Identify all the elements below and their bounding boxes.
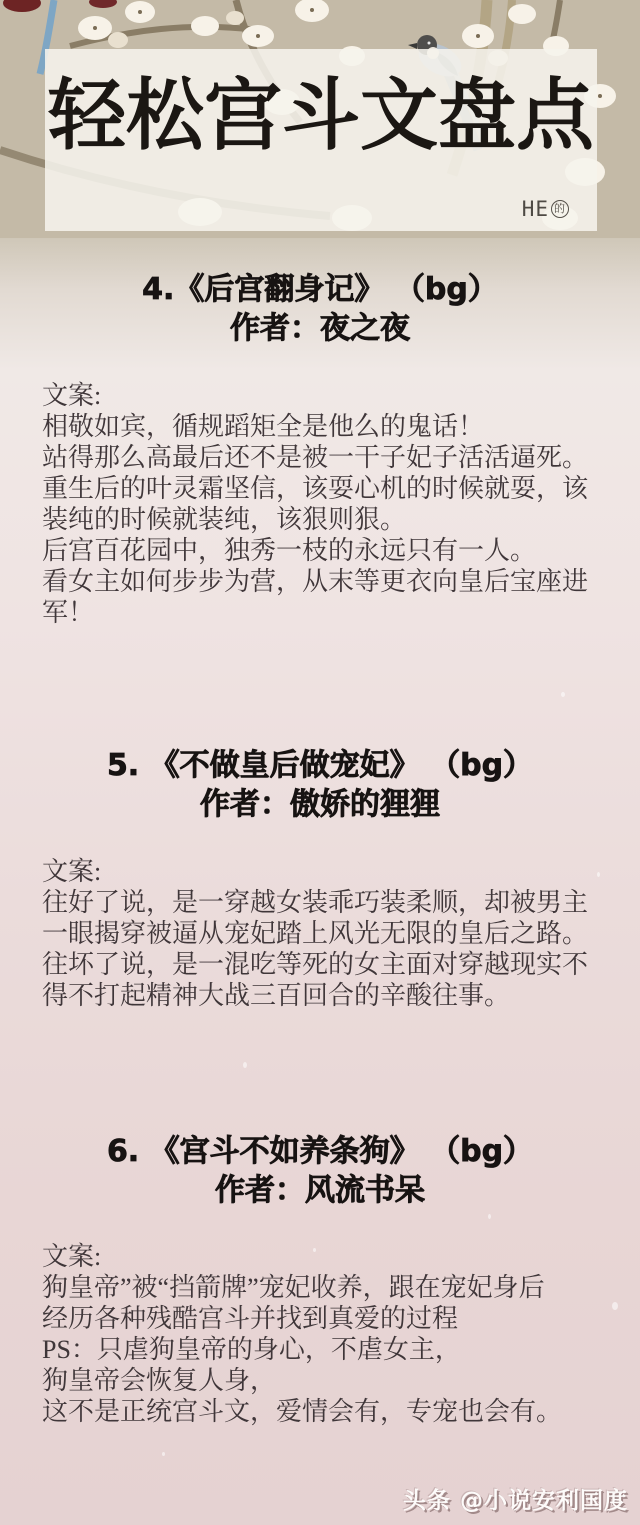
maroon-flower-icon [89, 0, 117, 8]
desc-line: 得不打起精神大战三百回合的辛酸往事。 [42, 980, 604, 1011]
he-tag-label: HE [522, 197, 549, 221]
entry-author: 作者：风流书呆 [0, 1171, 640, 1210]
speck-dot [313, 1248, 316, 1252]
entry-4-heading: 4.《后宫翻身记》 （bg） 作者：夜之夜 [0, 270, 640, 348]
desc-line: 看女主如何步步为营，从末等更衣向皇后宝座进 [42, 566, 604, 597]
maroon-flower-icon [3, 0, 41, 12]
entry-4-description: 文案: 相敬如宾，循规蹈矩全是他么的鬼话！ 站得那么高最后还不是被一干子妃子活活… [42, 380, 604, 628]
watermark: 头条 @小说安利国度 [403, 1482, 628, 1515]
desc-line: 相敬如宾，循规蹈矩全是他么的鬼话！ [42, 411, 604, 442]
desc-line: 文案: [42, 856, 604, 887]
desc-line: 经历各种残酷宫斗并找到真爱的过程 [42, 1303, 604, 1334]
banner: 轻松宫斗文盘点 HE 的 [0, 0, 640, 238]
entry-author: 作者：夜之夜 [0, 309, 640, 348]
entry-6-description: 文案: 狗皇帝”被“挡箭牌”宠妃收养，跟在宠妃身后 经历各种残酷宫斗并找到真爱的… [42, 1241, 604, 1427]
speck-dot [162, 1452, 165, 1456]
he-tag: HE 的 [522, 197, 569, 221]
entry-5-description: 文案: 往好了说，是一穿越女装乖巧装柔顺，却被男主 一眼揭穿被逼从宠妃踏上风光无… [42, 856, 604, 1011]
speck-dot [612, 1302, 618, 1310]
desc-line: 往好了说，是一穿越女装乖巧装柔顺，却被男主 [42, 887, 604, 918]
desc-line: 狗皇帝”被“挡箭牌”宠妃收养，跟在宠妃身后 [42, 1272, 604, 1303]
entry-title: 4.《后宫翻身记》 （bg） [0, 270, 640, 309]
seal-icon: 的 [551, 200, 569, 218]
desc-line: PS：只虐狗皇帝的身心，不虐女主， [42, 1334, 604, 1365]
desc-line: 站得那么高最后还不是被一干子妃子活活逼死。 [42, 442, 604, 473]
desc-line: 文案: [42, 380, 604, 411]
desc-line: 后宫百花园中，独秀一枝的永远只有一人。 [42, 535, 604, 566]
desc-line: 狗皇帝会恢复人身， [42, 1365, 604, 1396]
speck-dot [428, 982, 431, 987]
desc-line: 重生后的叶灵霜坚信，该耍心机的时候就耍，该 [42, 473, 604, 504]
desc-line: 文案: [42, 1241, 604, 1272]
entry-title: 6. 《宫斗不如养条狗》 （bg） [0, 1132, 640, 1171]
desc-line: 一眼揭穿被逼从宠妃踏上风光无限的皇后之路。 [42, 918, 604, 949]
entry-6-heading: 6. 《宫斗不如养条狗》 （bg） 作者：风流书呆 [0, 1132, 640, 1210]
speck-dot [243, 1062, 247, 1068]
speck-dot [488, 1214, 491, 1219]
banner-title-box: 轻松宫斗文盘点 HE 的 [45, 49, 597, 231]
desc-line: 装纯的时候就装纯，该狠则狠。 [42, 504, 604, 535]
desc-line: 军！ [42, 597, 604, 628]
entry-title: 5. 《不做皇后做宠妃》 （bg） [0, 746, 640, 785]
page-title: 轻松宫斗文盘点 [45, 71, 597, 161]
entry-5-heading: 5. 《不做皇后做宠妃》 （bg） 作者：傲娇的狸狸 [0, 746, 640, 824]
speck-dot [561, 692, 565, 697]
speck-dot [597, 872, 600, 877]
page: 轻松宫斗文盘点 HE 的 4.《后宫翻身记》 （bg） 作者：夜之夜 文案: 相… [0, 0, 640, 1525]
desc-line: 往坏了说，是一混吃等死的女主面对穿越现实不 [42, 949, 604, 980]
desc-line: 这不是正统宫斗文，爱情会有，专宠也会有。 [42, 1396, 604, 1427]
entry-author: 作者：傲娇的狸狸 [0, 785, 640, 824]
